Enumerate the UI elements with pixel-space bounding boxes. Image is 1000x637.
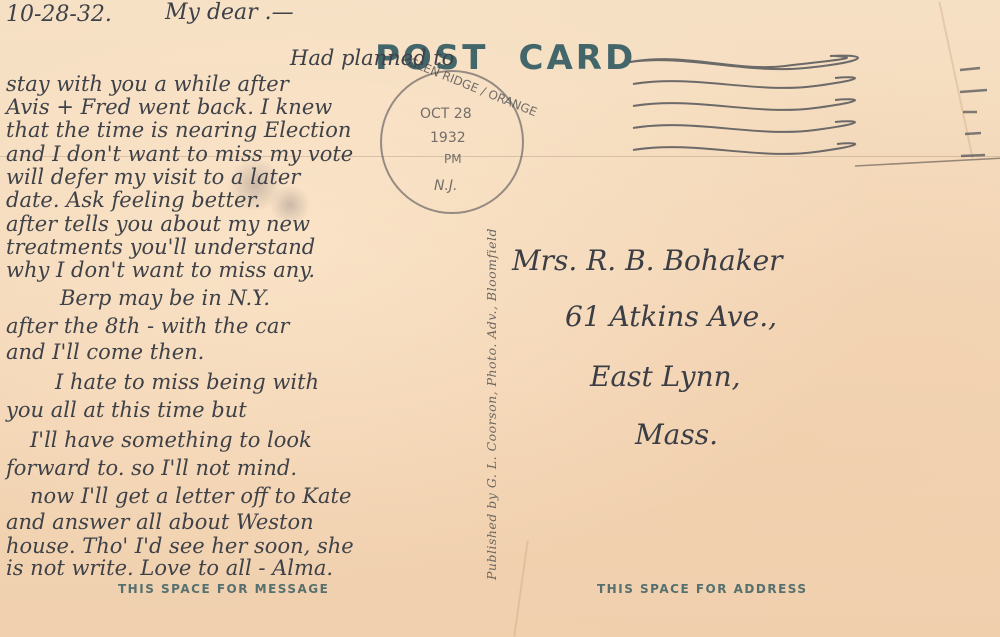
message-greeting: My dear .—	[165, 0, 294, 25]
message-line: Had planned to	[290, 46, 454, 70]
message-line: I'll have something to look	[30, 428, 312, 452]
message-line: house. Tho' I'd see her soon, she	[6, 534, 354, 558]
message-line: I hate to miss being with	[55, 370, 319, 394]
address-recipient: Mrs. R. B. Bohaker	[512, 244, 783, 277]
postcard-back: POSTCARD GLEN RIDGE / ORANGE OCT 28 1932…	[0, 0, 1000, 637]
message-line: forward to. so I'll not mind.	[6, 456, 297, 480]
message-date: 10-28-32.	[6, 2, 112, 27]
message-line: after the 8th - with the car	[6, 314, 289, 338]
message-line: date. Ask feeling better.	[6, 188, 261, 212]
message-line: and I'll come then.	[6, 340, 204, 364]
message-line: now I'll get a letter off to Kate	[30, 484, 351, 508]
postmark-date: OCT 28	[420, 106, 472, 122]
message-line: Berp may be in N.Y.	[60, 286, 270, 310]
crease-mark	[513, 540, 528, 636]
publisher-credit: Published by G. L. Coorson, Photo. Adv.,…	[484, 110, 499, 580]
message-line: Avis + Fred went back. I knew	[6, 95, 332, 119]
message-line: treatments you'll understand	[6, 235, 315, 259]
address-street: 61 Atkins Ave.,	[565, 300, 777, 333]
message-line: and answer all about Weston	[6, 510, 314, 534]
message-space-label: THIS SPACE FOR MESSAGE	[118, 582, 329, 596]
postmark-time: PM	[444, 152, 462, 166]
address-state: Mass.	[635, 418, 718, 451]
message-line: why I don't want to miss any.	[6, 258, 315, 282]
postmark-state: N.J.	[434, 178, 458, 194]
message-line: you all at this time but	[6, 398, 247, 422]
header-card: CARD	[519, 38, 637, 78]
message-line: after tells you about my new	[6, 212, 310, 236]
address-space-label: THIS SPACE FOR ADDRESS	[597, 582, 808, 596]
cancellation-lines	[625, 40, 1000, 170]
message-line: that the time is nearing Election	[6, 118, 351, 142]
address-city: East Lynn,	[590, 360, 741, 393]
postmark-circle: GLEN RIDGE / ORANGE OCT 28 1932 PM N.J.	[380, 70, 524, 214]
message-line: stay with you a while after	[6, 72, 289, 96]
message-line: and I don't want to miss my vote	[6, 142, 353, 166]
postmark-year: 1932	[430, 130, 466, 146]
message-line: is not write. Love to all - Alma.	[6, 556, 333, 580]
message-line: will defer my visit to a later	[6, 165, 300, 189]
